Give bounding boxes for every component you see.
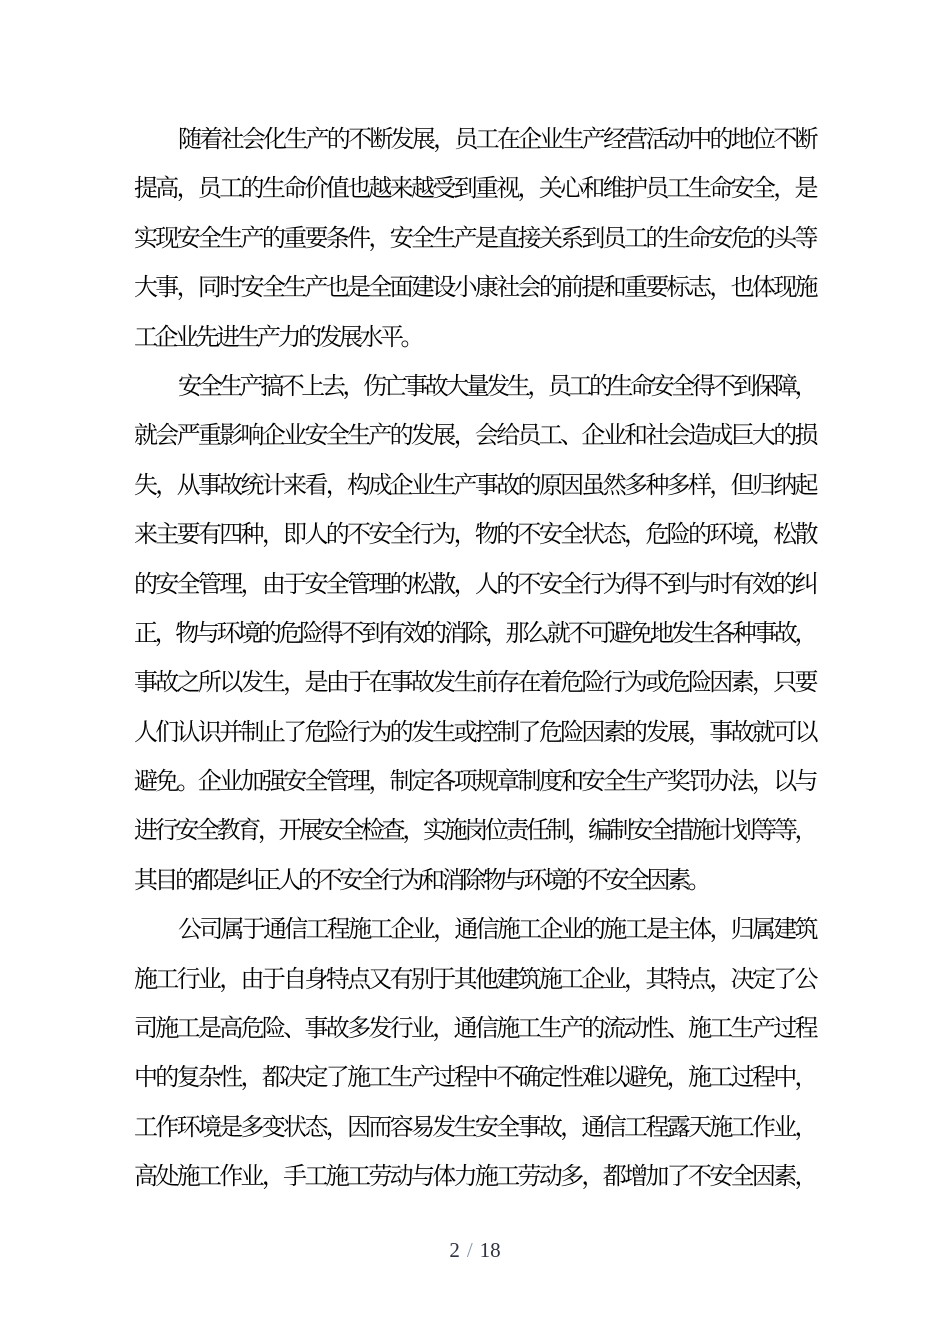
text-line: 事故之所以发生，是由于在事故发生前存在着危险行为或危险因素，只要 — [134, 659, 815, 708]
text-line: 工企业先进生产力的发展水平。 — [134, 314, 815, 363]
text-line: 正，物与环境的危险得不到有效的消除，那么就不可避免地发生各种事故， — [134, 610, 815, 659]
paragraph: 随着社会化生产的不断发展，员工在企业生产经营活动中的地位不断 提高，员工的生命价… — [134, 116, 815, 363]
text-line: 实现安全生产的重要条件，安全生产是直接关系到员工的生命安危的头等 — [134, 215, 815, 264]
text-line: 其目的都是纠正人的不安全行为和消除物与环境的不安全因素。 — [134, 857, 815, 906]
page-footer: 2/18 — [0, 1238, 950, 1263]
text-line: 来主要有四种，即人的不安全行为，物的不安全状态，危险的环境，松散 — [134, 511, 815, 560]
text-line: 施工行业，由于自身特点又有别于其他建筑施工企业，其特点，决定了公 — [134, 956, 815, 1005]
text-line: 人们认识并制止了危险行为的发生或控制了危险因素的发展，事故就可以 — [134, 709, 815, 758]
text-line: 高处施工作业，手工施工劳动与体力施工劳动多，都增加了不安全因素， — [134, 1153, 815, 1202]
text-line: 提高，员工的生命价值也越来越受到重视，关心和维护员工生命安全，是 — [134, 165, 815, 214]
page-number-separator: / — [467, 1238, 473, 1262]
text-line: 司施工是高危险、事故多发行业，通信施工生产的流动性、施工生产过程 — [134, 1005, 815, 1054]
text-line: 公司属于通信工程施工企业，通信施工企业的施工是主体，归属建筑 — [134, 906, 815, 955]
text-line: 中的复杂性，都决定了施工生产过程中不确定性难以避免，施工过程中， — [134, 1054, 815, 1103]
text-line: 就会严重影响企业安全生产的发展，会给员工、企业和社会造成巨大的损 — [134, 412, 815, 461]
text-line: 大事，同时安全生产也是全面建设小康社会的前提和重要标志，也体现施 — [134, 264, 815, 313]
text-line: 安全生产搞不上去，伤亡事故大量发生，员工的生命安全得不到保障， — [134, 363, 815, 412]
text-line: 避免。企业加强安全管理，制定各项规章制度和安全生产奖罚办法，以与 — [134, 758, 815, 807]
page-number-current: 2 — [449, 1238, 460, 1262]
document-page: 随着社会化生产的不断发展，员工在企业生产经营活动中的地位不断 提高，员工的生命价… — [0, 0, 950, 1341]
document-body: 随着社会化生产的不断发展，员工在企业生产经营活动中的地位不断 提高，员工的生命价… — [134, 116, 815, 1203]
text-line: 失，从事故统计来看，构成企业生产事故的原因虽然多种多样，但归纳起 — [134, 462, 815, 511]
text-line: 进行安全教育，开展安全检查，实施岗位责任制，编制安全措施计划等等， — [134, 807, 815, 856]
paragraph: 安全生产搞不上去，伤亡事故大量发生，员工的生命安全得不到保障， 就会严重影响企业… — [134, 363, 815, 906]
paragraph: 公司属于通信工程施工企业，通信施工企业的施工是主体，归属建筑 施工行业，由于自身… — [134, 906, 815, 1202]
text-line: 的安全管理，由于安全管理的松散，人的不安全行为得不到与时有效的纠 — [134, 561, 815, 610]
text-line: 随着社会化生产的不断发展，员工在企业生产经营活动中的地位不断 — [134, 116, 815, 165]
text-line: 工作环境是多变状态，因而容易发生安全事故，通信工程露天施工作业， — [134, 1104, 815, 1153]
page-number-total: 18 — [480, 1238, 501, 1262]
